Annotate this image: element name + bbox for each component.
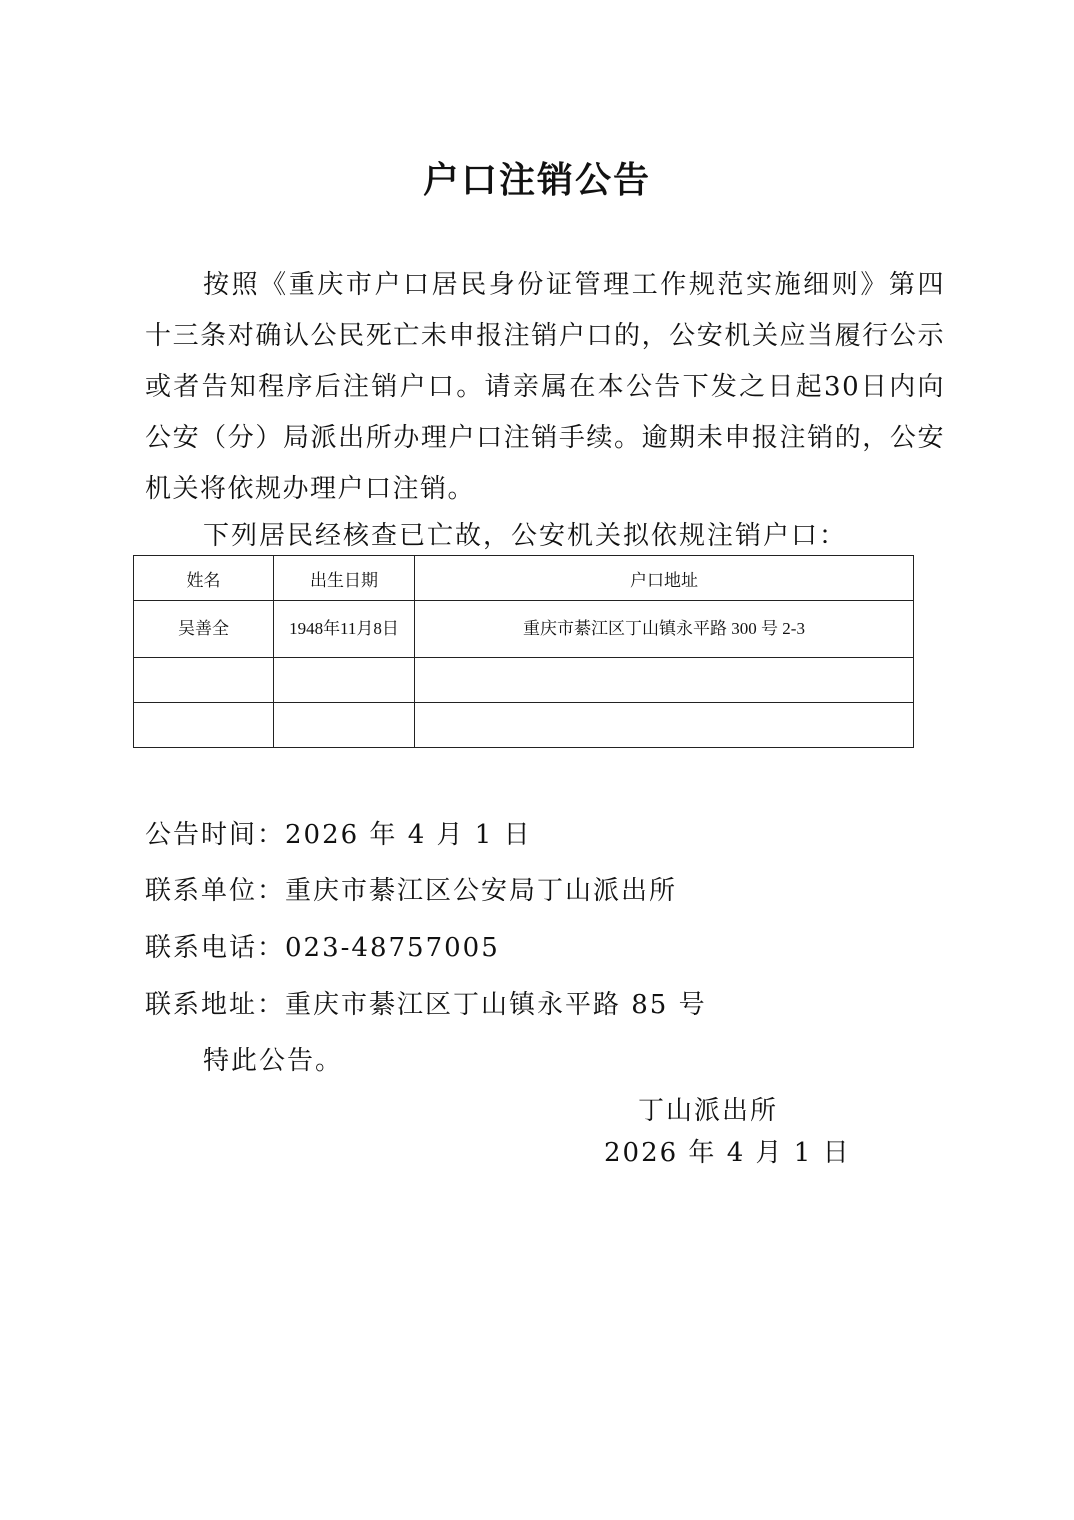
cell-birthdate xyxy=(274,658,415,703)
closing-remark: 特此公告。 xyxy=(203,1040,343,1077)
contact-unit: 联系单位：重庆市綦江区公安局丁山派出所 xyxy=(145,870,677,907)
contact-phone: 联系电话：023-48757005 xyxy=(145,927,500,964)
contact-address: 联系地址：重庆市綦江区丁山镇永平路 85 号 xyxy=(145,984,707,1021)
cell-name xyxy=(134,703,274,748)
cell-birthdate xyxy=(274,703,415,748)
signature-org: 丁山派出所 xyxy=(638,1090,778,1127)
table-row: 吴善全 1948年11月8日 重庆市綦江区丁山镇永平路 300 号 2-3 xyxy=(134,601,914,658)
header-birthdate: 出生日期 xyxy=(274,556,415,601)
table-row xyxy=(134,703,914,748)
cell-birthdate: 1948年11月8日 xyxy=(274,601,415,658)
cell-address xyxy=(415,658,914,703)
cell-address xyxy=(415,703,914,748)
header-address: 户口地址 xyxy=(415,556,914,601)
table-header-row: 姓名 出生日期 户口地址 xyxy=(134,556,914,601)
notice-paragraph: 按照《重庆市户口居民身份证管理工作规范实施细则》第四十三条对确认公民死亡未申报注… xyxy=(145,260,945,515)
notice-time: 公告时间：2026 年 4 月 1 日 xyxy=(145,814,532,851)
deceased-residents-table: 姓名 出生日期 户口地址 吴善全 1948年11月8日 重庆市綦江区丁山镇永平路… xyxy=(133,555,914,748)
signature-date: 2026 年 4 月 1 日 xyxy=(604,1132,851,1169)
table-row xyxy=(134,658,914,703)
cell-address: 重庆市綦江区丁山镇永平路 300 号 2-3 xyxy=(415,601,914,658)
cell-name: 吴善全 xyxy=(134,601,274,658)
page-title: 户口注销公告 xyxy=(0,152,1074,203)
list-intro: 下列居民经核查已亡故，公安机关拟依规注销户口： xyxy=(203,516,847,556)
header-name: 姓名 xyxy=(134,556,274,601)
cell-name xyxy=(134,658,274,703)
